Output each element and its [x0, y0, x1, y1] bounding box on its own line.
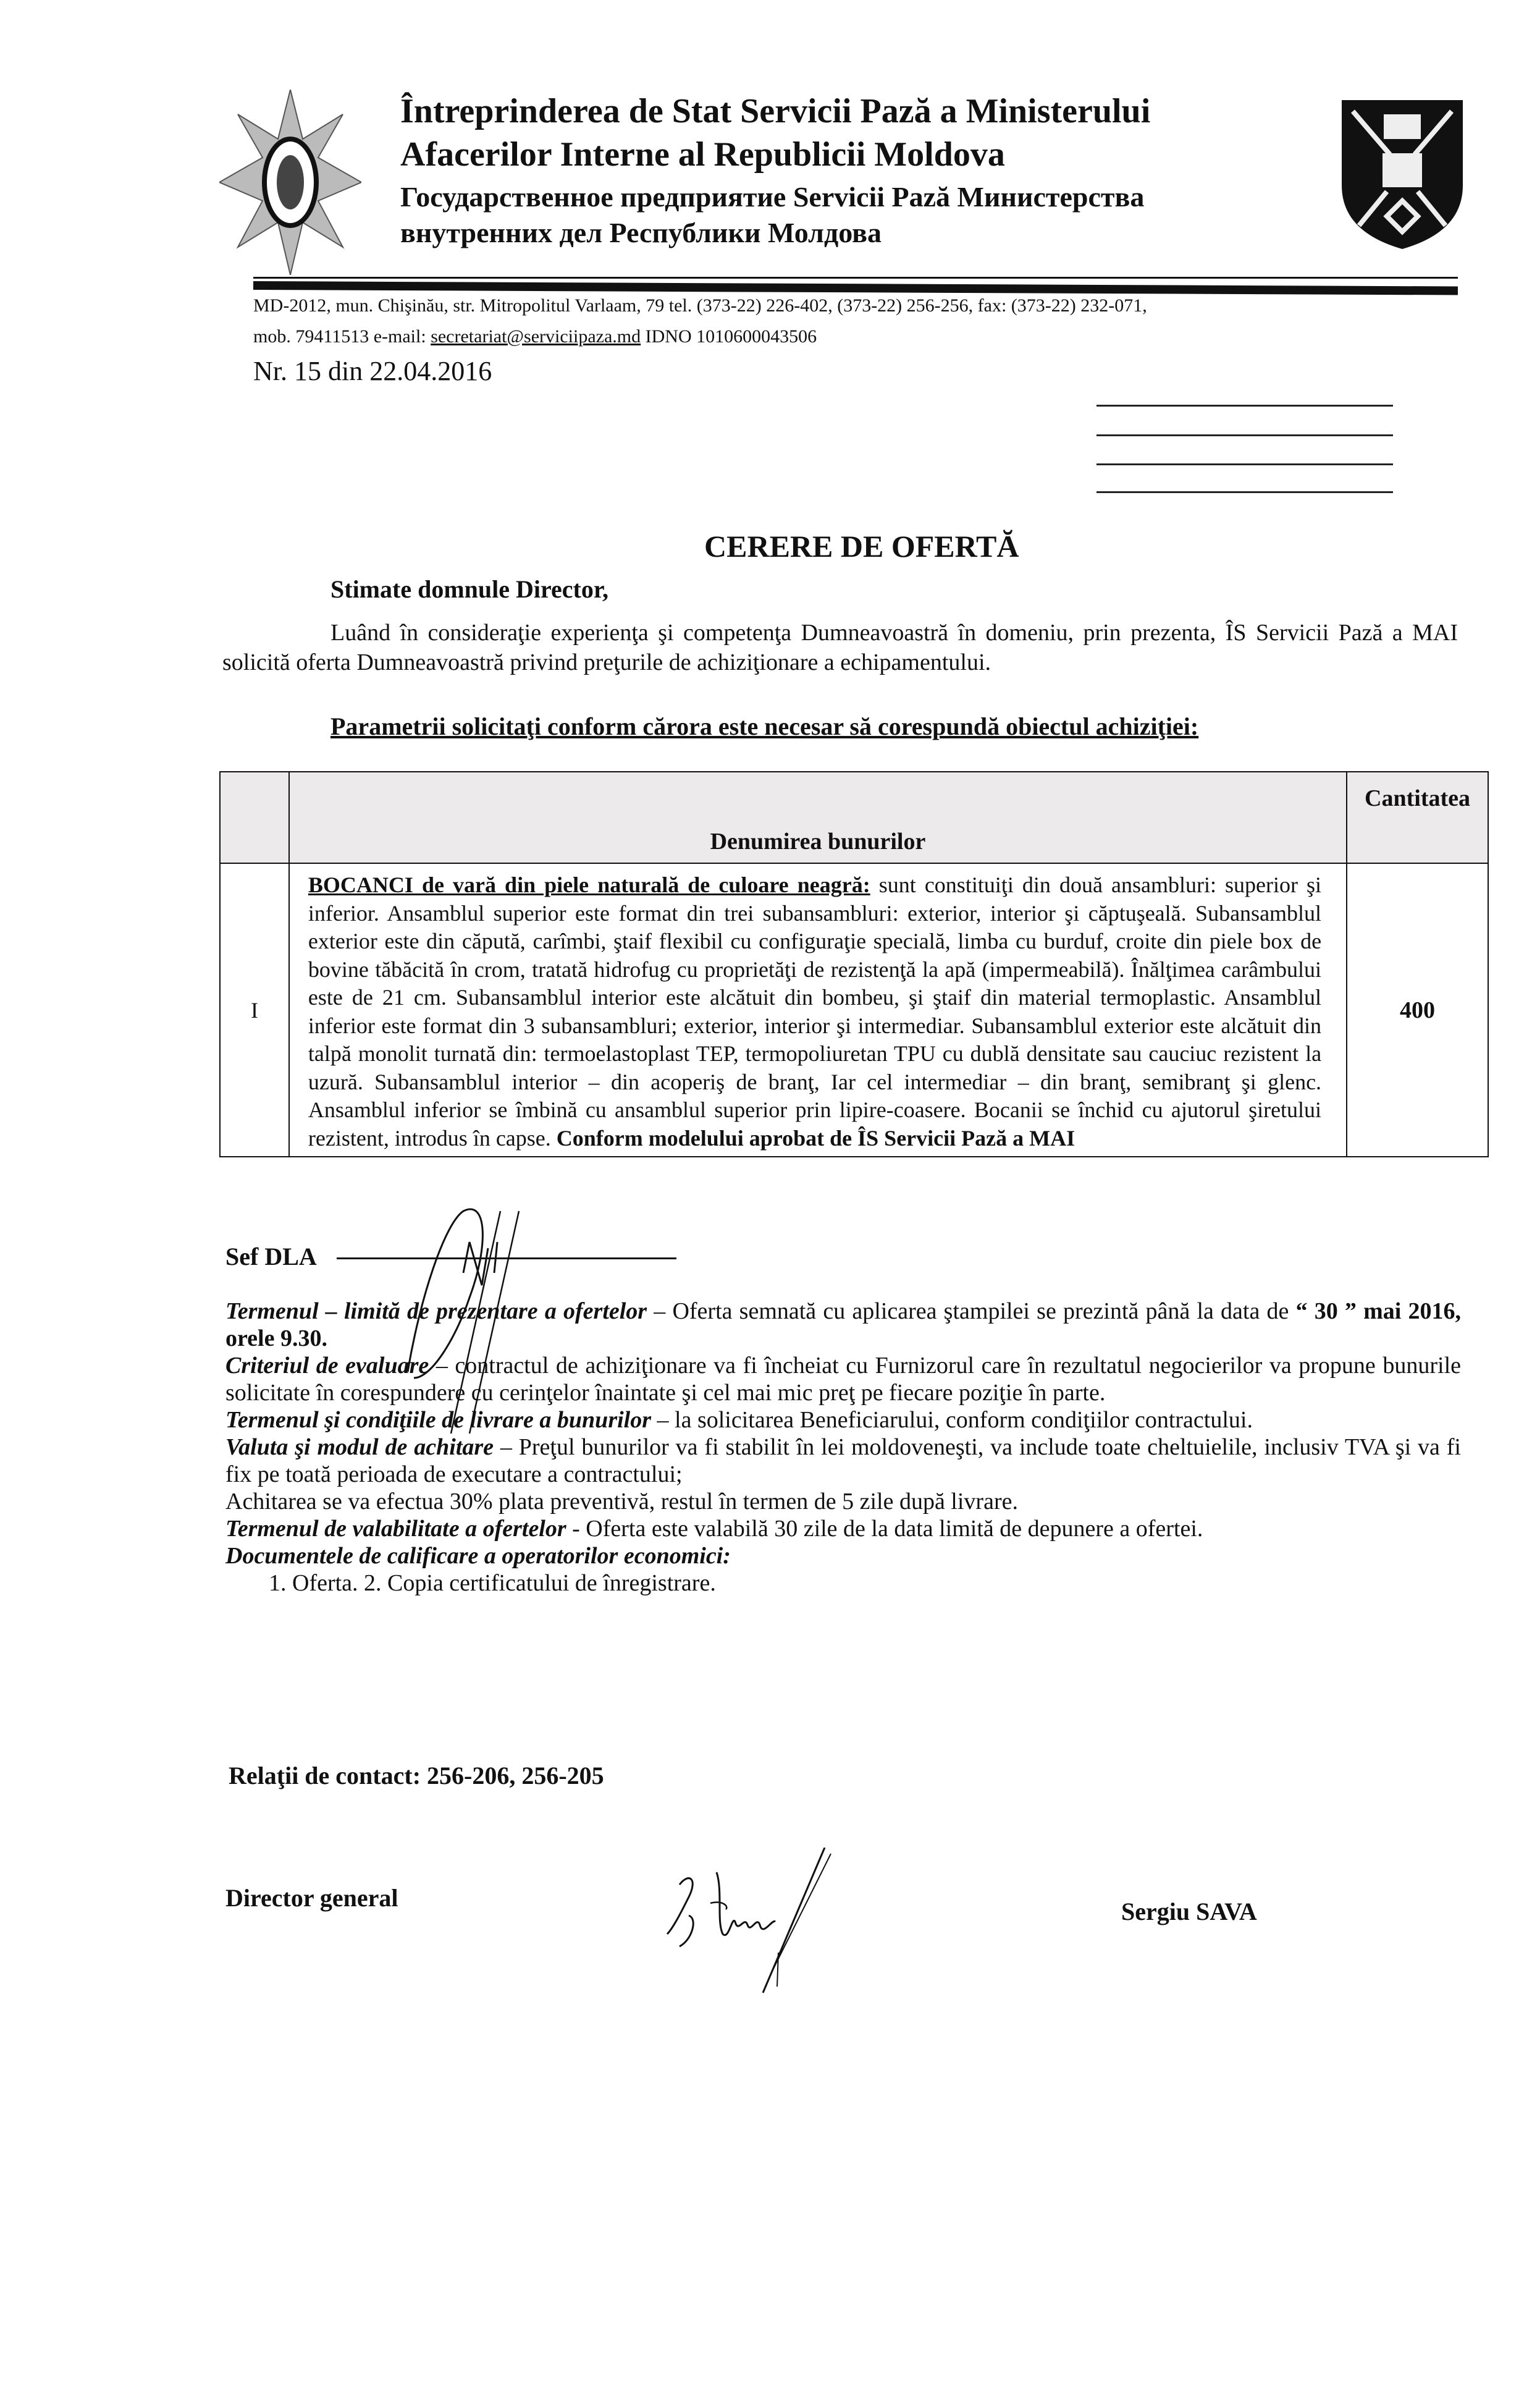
signatory-name: Sergiu SAVA [1121, 1897, 1257, 1926]
deadline-term: Termenul – limită de prezentare a oferte… [225, 1298, 647, 1324]
goods-description: BOCANCI de vară din piele naturală de cu… [289, 863, 1347, 1157]
delivery-text: – la solicitarea Beneficiarului, conform… [651, 1407, 1253, 1433]
coat-of-arms-shield-icon [1340, 99, 1464, 250]
sef-dla-label: Sef DLA [225, 1242, 317, 1271]
documents-heading: Documentele de calificare a operatorilor… [225, 1542, 1461, 1569]
validity-term: Termenul de valabilitate a ofertelor [225, 1516, 566, 1542]
currency-paragraph: Valuta şi modul de achitare – Preţul bun… [225, 1434, 1461, 1488]
table-row: I BOCANCI de vară din piele naturală de … [220, 863, 1488, 1157]
director-signature-icon [655, 1848, 852, 1996]
recipient-line [1096, 434, 1393, 436]
letterhead-line-3: Государственное предприятие Servicii Paz… [400, 180, 1144, 213]
document-title: CERERE DE OFERTĂ [704, 528, 1019, 564]
letterhead-address: MD-2012, mun. Chişinău, str. Mitropolitu… [253, 295, 1147, 316]
header-goods-name: Denumirea bunurilor [289, 772, 1347, 863]
letterhead-rule-thick [253, 281, 1458, 295]
delivery-term: Termenul şi condiţiile de livrare a bunu… [225, 1407, 651, 1433]
letterhead-contacts: mob. 79411513 e-mail: secretariat@servic… [253, 326, 817, 347]
goods-specs: sunt constituiţi din două ansambluri: su… [308, 872, 1321, 1151]
recipient-line [1096, 405, 1393, 407]
intro-paragraph: Luând în consideraţie experienţa şi comp… [222, 618, 1458, 677]
email-link[interactable]: secretariat@serviciipaza.md [431, 326, 641, 347]
criteria-term: Criteriul de evaluare [225, 1353, 429, 1379]
star-emblem-icon [219, 90, 361, 275]
letterhead-line-2: Afacerilor Interne al Republicii Moldova [400, 135, 1005, 174]
reference-number: Nr. 15 din 22.04.2016 [253, 355, 492, 387]
header-number [220, 772, 289, 863]
currency-term: Valuta şi modul de achitare [225, 1434, 494, 1460]
header-quantity: Cantitatea [1347, 772, 1488, 863]
deadline-text: – Oferta semnată cu aplicarea ştampilei … [647, 1298, 1295, 1324]
greeting: Stimate domnule Director, [330, 575, 608, 604]
validity-text: - Oferta este valabilă 30 zile de la dat… [566, 1516, 1203, 1542]
criteria-paragraph: Criteriul de evaluare – contractul de ac… [225, 1352, 1461, 1406]
parameters-heading: Parametrii solicitaţi conform cărora est… [330, 712, 1198, 741]
contact-relations: Relaţii de contact: 256-206, 256-205 [229, 1761, 604, 1790]
row-number: I [220, 863, 289, 1157]
validity-paragraph: Termenul de valabilitate a ofertelor - O… [225, 1515, 1461, 1542]
conditions-section: Termenul – limită de prezentare a oferte… [225, 1298, 1461, 1597]
letterhead-rule-thin [253, 277, 1458, 279]
goods-name: BOCANCI de vară din piele naturală de cu… [308, 872, 870, 897]
documents-list: 1. Oferta. 2. Copia certificatului de în… [225, 1569, 1461, 1597]
letterhead-line-1: Întreprinderea de Stat Servicii Pază a M… [400, 91, 1150, 131]
goods-model-note: Conform modelului aprobat de ÎS Servicii… [557, 1126, 1075, 1151]
table-header-row: Denumirea bunurilor Cantitatea [220, 772, 1488, 863]
delivery-paragraph: Termenul şi condiţiile de livrare a bunu… [225, 1406, 1461, 1434]
goods-table: Denumirea bunurilor Cantitatea I BOCANCI… [219, 771, 1489, 1157]
idno: IDNO 1010600043506 [641, 326, 817, 347]
recipient-line [1096, 491, 1393, 493]
deadline-paragraph: Termenul – limită de prezentare a oferte… [225, 1298, 1461, 1352]
recipient-line [1096, 463, 1393, 465]
goods-quantity: 400 [1347, 863, 1488, 1157]
mobile-number: mob. 79411513 e-mail: [253, 326, 431, 347]
signatory-title: Director general [225, 1883, 398, 1912]
payment-paragraph: Achitarea se va efectua 30% plata preven… [225, 1488, 1461, 1515]
letterhead-line-4: внутренних дел Республики Молдова [400, 216, 882, 249]
